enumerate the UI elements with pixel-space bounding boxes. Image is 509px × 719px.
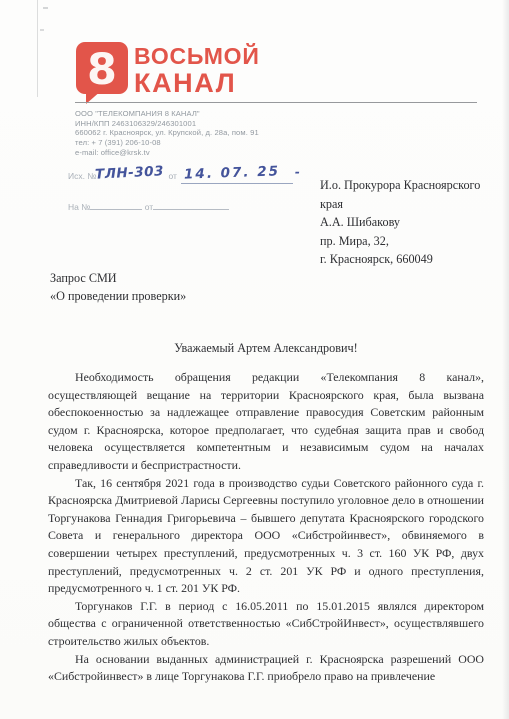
company-name: ООО "ТЕЛЕКОМПАНИЯ 8 КАНАЛ" bbox=[75, 109, 259, 119]
handwritten-outgoing-number: ТЛН-303 bbox=[95, 163, 165, 183]
subject-line2: «О проведении проверки» bbox=[50, 288, 186, 306]
letterhead-divider bbox=[75, 102, 477, 103]
incoming-of-label: от bbox=[145, 202, 153, 212]
scan-artifact-edge bbox=[502, 0, 509, 719]
handwritten-dash: - bbox=[295, 165, 300, 179]
handwritten-outgoing-date: 14. 07. 25 bbox=[184, 163, 281, 182]
letter-body: Необходимость обращения редакции «Телеко… bbox=[48, 369, 484, 686]
company-phone: тел: + 7 (391) 206-10-08 bbox=[75, 138, 259, 148]
outgoing-of-label: от bbox=[168, 171, 176, 181]
outgoing-number-label: Исх. № bbox=[68, 171, 96, 181]
incoming-reference-line: На № от bbox=[68, 200, 229, 212]
channel-8-logo-icon: 8 bbox=[76, 42, 128, 106]
outgoing-reference-line: Исх. №ТЛН-303от14. 07. 25- bbox=[68, 167, 298, 189]
incoming-number-blank bbox=[90, 200, 142, 210]
subject-block: Запрос СМИ «О проведении проверки» bbox=[50, 270, 186, 305]
company-address: 660062 г. Красноярск, ул. Крупской, д. 2… bbox=[75, 128, 259, 138]
recipient-city: г. Красноярск, 660049 bbox=[320, 250, 490, 269]
company-email: e-mail: office@krsk.tv bbox=[75, 148, 259, 158]
body-paragraph-4: На основании выданных администрацией г. … bbox=[48, 651, 484, 686]
outgoing-date-blank: 14. 07. 25 bbox=[181, 167, 293, 184]
recipient-title-line2: края bbox=[320, 195, 490, 214]
scan-artifact-speck bbox=[40, 29, 44, 31]
recipient-block: И.о. Прокурора Красноярского края А.А. Ш… bbox=[320, 176, 490, 269]
body-paragraph-3: Торгунаков Г.Г. в период с 16.05.2011 по… bbox=[48, 598, 484, 651]
wordmark-line2: КАНАЛ bbox=[134, 70, 260, 97]
scanned-letter-page: 8 ВОСЬМОЙ КАНАЛ ООО "ТЕЛЕКОМПАНИЯ 8 КАНА… bbox=[0, 0, 509, 719]
scan-artifact-line bbox=[37, 0, 38, 97]
subject-line1: Запрос СМИ bbox=[50, 270, 186, 288]
channel-wordmark: ВОСЬМОЙ КАНАЛ bbox=[134, 45, 260, 97]
recipient-street: пр. Мира, 32, bbox=[320, 232, 490, 251]
recipient-name: А.А. Шибакову bbox=[320, 213, 490, 232]
incoming-date-blank bbox=[153, 200, 229, 210]
logo-digit: 8 bbox=[87, 45, 117, 95]
body-paragraph-1: Необходимость обращения редакции «Телеко… bbox=[48, 369, 484, 475]
scan-artifact-speck bbox=[43, 7, 48, 9]
company-inn: ИНН/КПП 2463106329/246301001 bbox=[75, 119, 259, 129]
body-paragraph-2: Так, 16 сентября 2021 года в производств… bbox=[48, 475, 484, 598]
salutation: Уважаемый Артем Александрович! bbox=[48, 341, 484, 356]
incoming-number-label: На № bbox=[68, 202, 90, 212]
wordmark-line1: ВОСЬМОЙ bbox=[134, 45, 260, 68]
company-info-block: ООО "ТЕЛЕКОМПАНИЯ 8 КАНАЛ" ИНН/КПП 24631… bbox=[75, 109, 259, 158]
recipient-title-line1: И.о. Прокурора Красноярского bbox=[320, 176, 490, 195]
